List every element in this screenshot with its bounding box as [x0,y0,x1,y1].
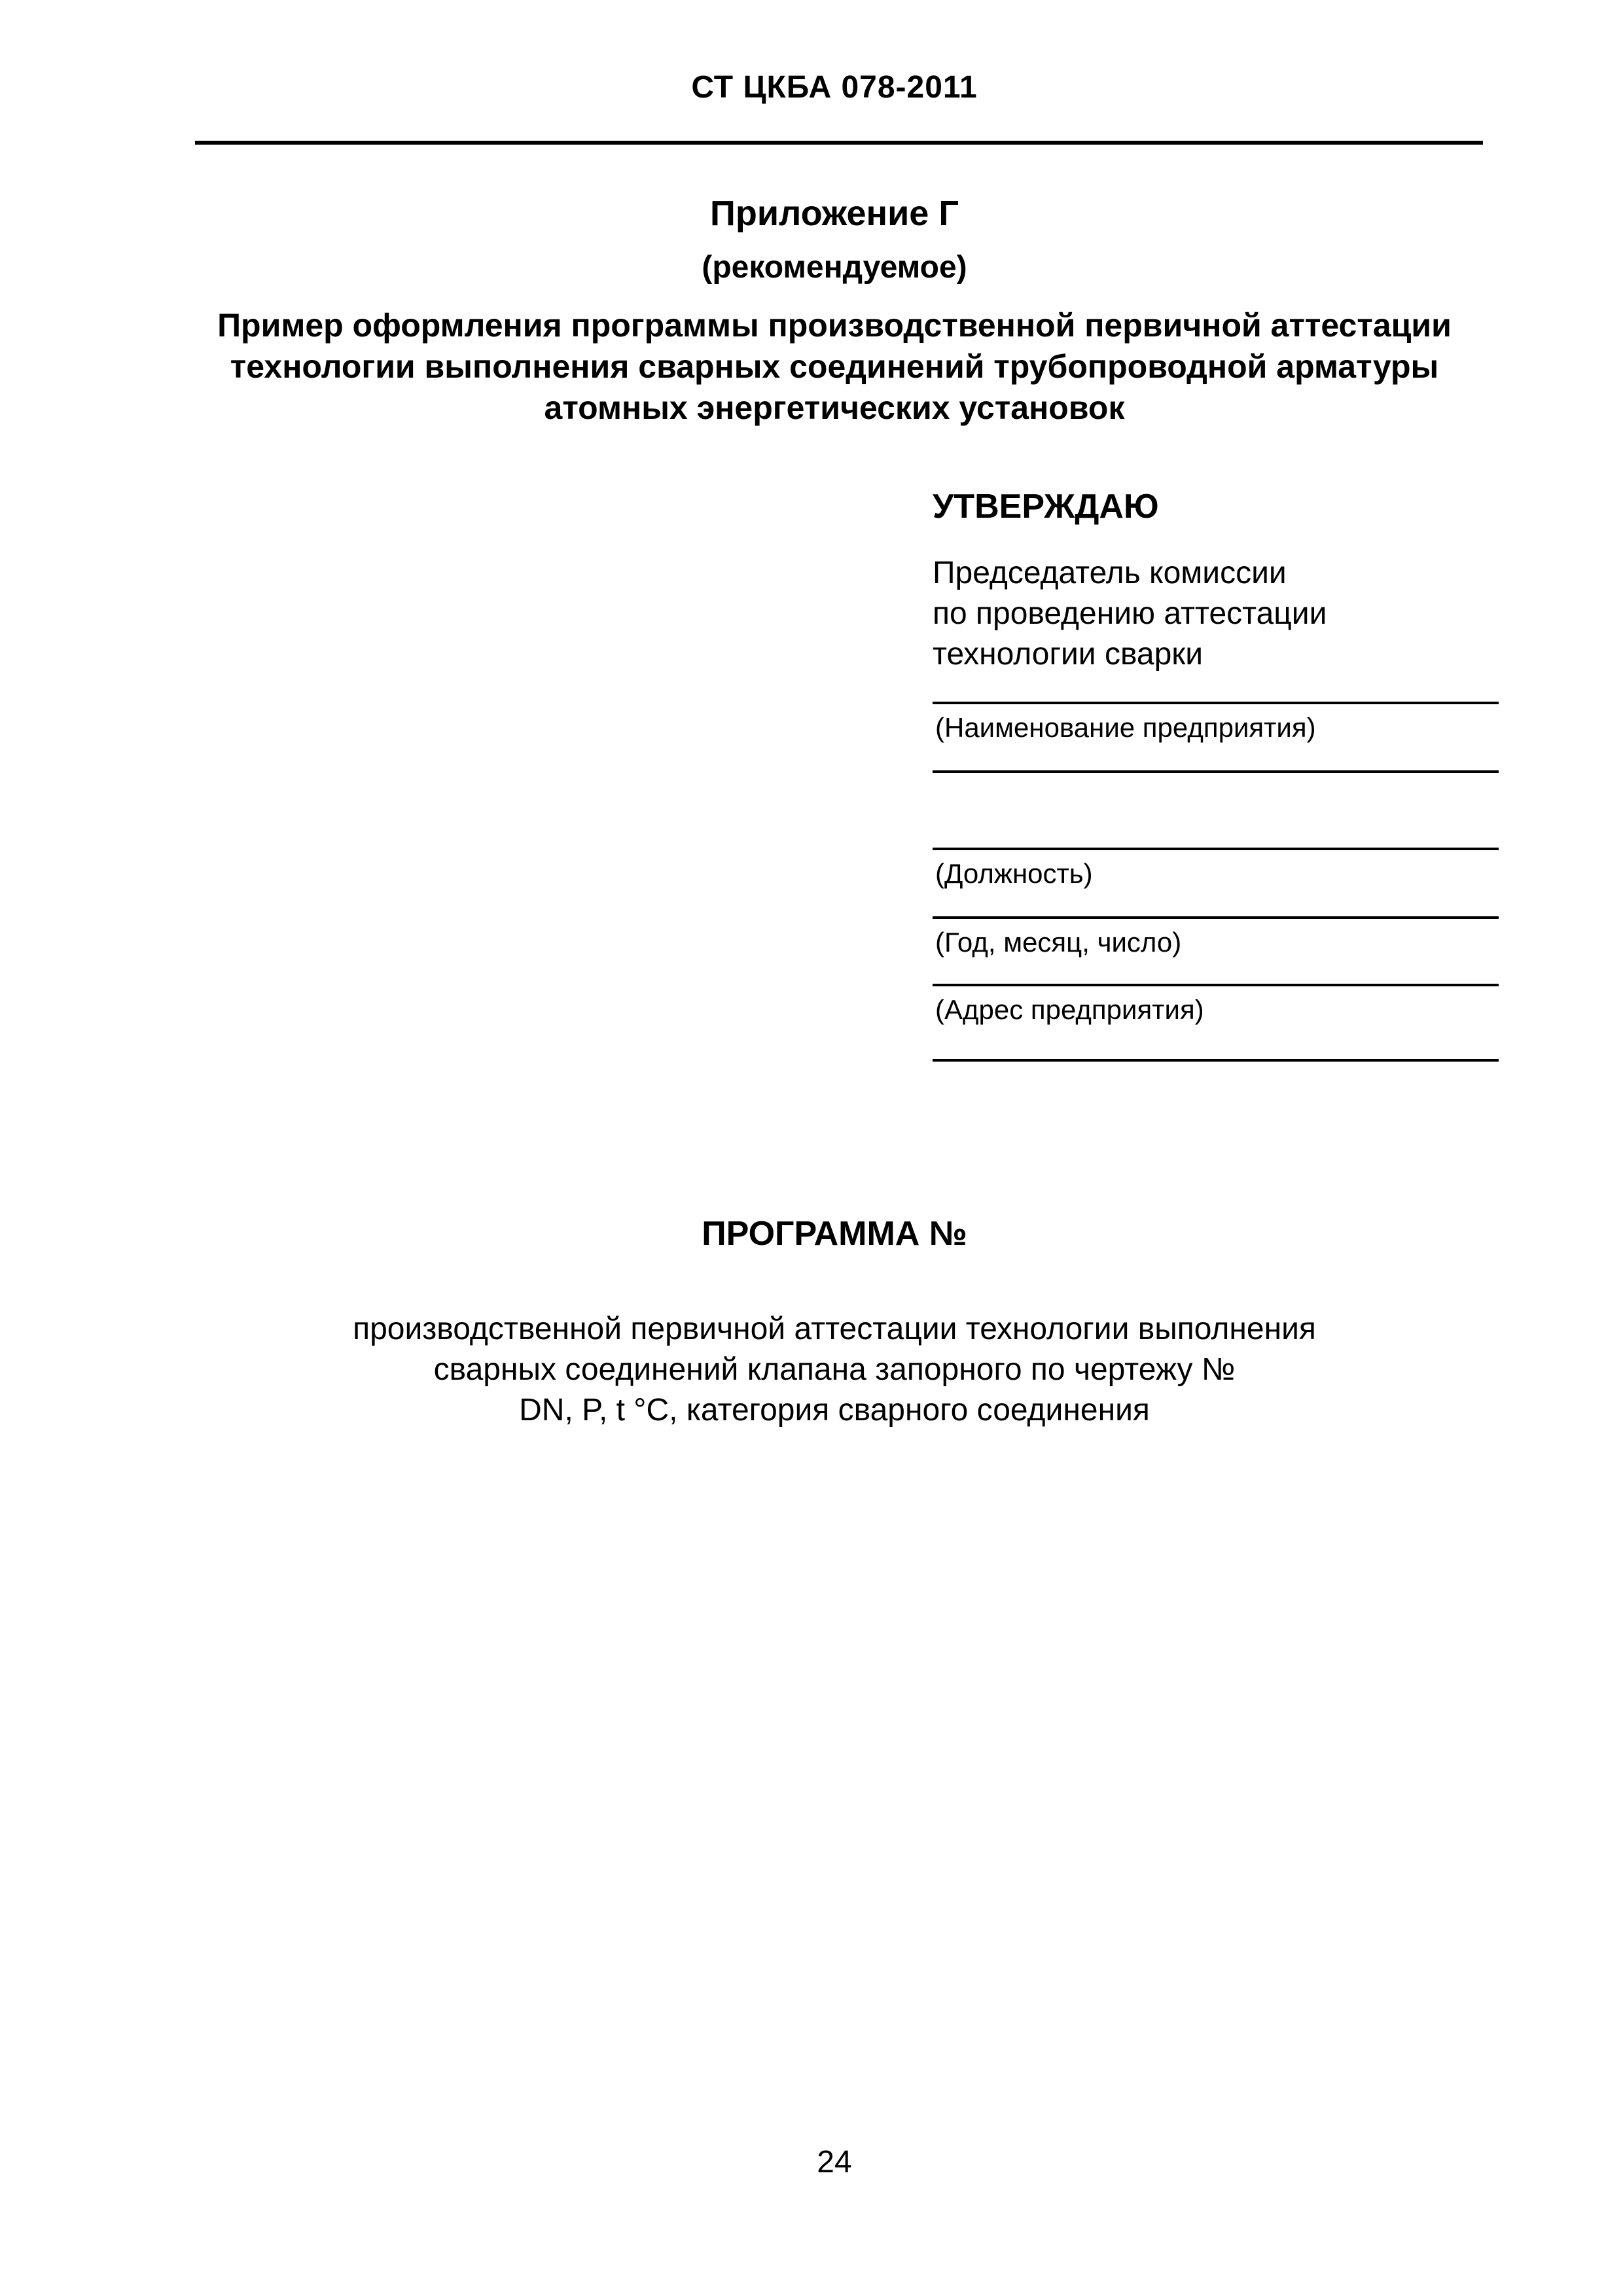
appendix-subtitle: (рекомендуемое) [196,249,1472,287]
signature-line-blank-bottom [933,1059,1499,1062]
appendix-description-line: атомных энергетических установок [196,387,1472,429]
signature-label-position: (Должность) [935,857,1093,890]
signature-label-date: (Год, месяц, число) [935,926,1181,959]
header-rule [195,141,1483,145]
appendix-description-line: технологии выполнения сварных соединений… [196,346,1472,387]
document-page: СТ ЦКБА 078-2011 Приложение Г (рекоменду… [0,0,1623,2296]
signature-label-company: (Наименование предприятия) [935,711,1316,744]
program-description-line: сварных соединений клапана запорного по … [196,1350,1472,1390]
signature-line-blank [933,770,1499,773]
appendix-title: Приложение Г [196,192,1472,235]
document-code-header: СТ ЦКБА 078-2011 [196,69,1472,107]
signature-line-position [933,848,1499,850]
program-description: производственной первичной аттестации те… [196,1309,1472,1431]
appendix-description: Пример оформления программы производстве… [196,305,1472,429]
approval-signer-line: технологии сварки [933,634,1327,675]
signature-line-company [933,702,1499,704]
approval-signer-line: Председатель комиссии [933,553,1327,594]
program-description-line: DN, P, t °С, категория сварного соединен… [196,1390,1472,1431]
approval-title: УТВЕРЖДАЮ [933,488,1159,527]
program-title: ПРОГРАММА № [196,1215,1472,1254]
page-number: 24 [196,2144,1472,2181]
signature-line-date [933,916,1499,919]
approval-block: УТВЕРЖДАЮ Председатель комиссии по прове… [933,488,1499,1077]
signature-label-address: (Адрес предприятия) [935,994,1204,1026]
signature-line-address [933,984,1499,986]
approval-signer-line: по проведению аттестации [933,594,1327,634]
program-description-line: производственной первичной аттестации те… [196,1309,1472,1350]
approval-signer: Председатель комиссии по проведению атте… [933,553,1327,675]
appendix-description-line: Пример оформления программы производстве… [196,305,1472,346]
